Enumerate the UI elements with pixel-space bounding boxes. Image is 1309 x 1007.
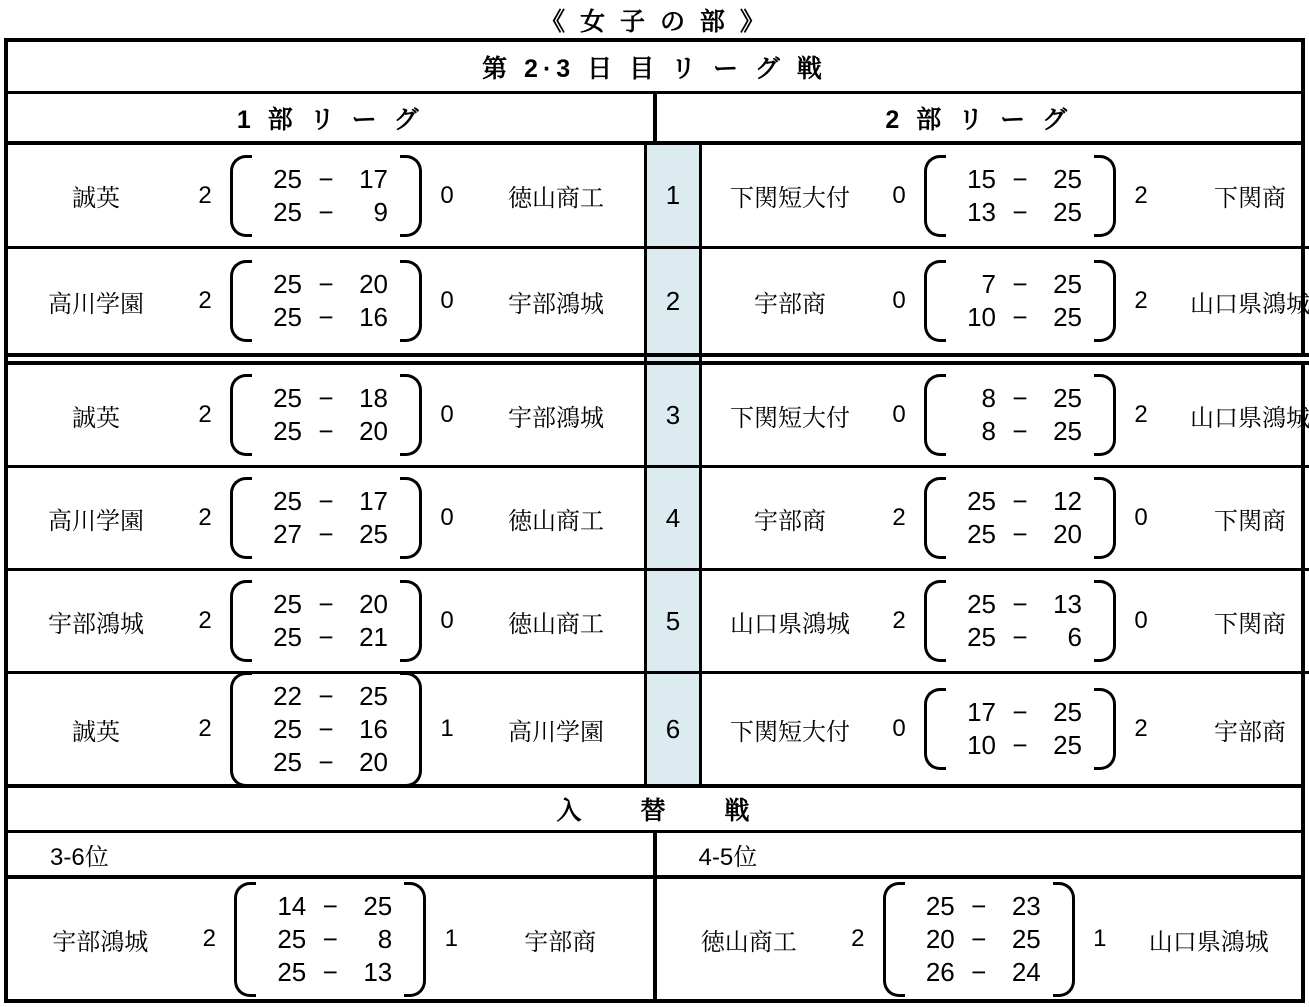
team2-name: 高川学園 xyxy=(468,712,644,747)
set-line: 25−20 xyxy=(264,588,388,621)
set-line: 13−25 xyxy=(958,196,1082,229)
match-number-1: 1 xyxy=(644,145,702,249)
set-score-left: 7 xyxy=(958,268,996,301)
set-score-left: 25 xyxy=(958,485,996,518)
left-bracket xyxy=(230,374,252,456)
set-score-dash: − xyxy=(306,923,354,956)
set-score-right: 8 xyxy=(354,923,392,956)
set-score-left: 25 xyxy=(268,956,306,989)
team1-set-total: 2 xyxy=(184,504,226,532)
team1-name: 宇部鴻城 xyxy=(8,604,184,639)
set-score-right: 16 xyxy=(350,713,388,746)
set-score-right: 25 xyxy=(1044,196,1082,229)
team1-name: 下関短大付 xyxy=(702,178,878,213)
set-line: 8−25 xyxy=(958,415,1082,448)
team1-set-total: 2 xyxy=(837,925,879,953)
set-score-dash: − xyxy=(302,268,350,301)
team1-name: 誠英 xyxy=(8,398,184,433)
playoff-match-row: 宇部鴻城214−2525−825−131宇部商 徳山商工225−2320−252… xyxy=(8,879,1301,999)
set-score-left: 13 xyxy=(958,196,996,229)
set-scores-bracket: 25−1225−20 xyxy=(924,477,1116,559)
page-title: 《 女 子 の 部 》 xyxy=(0,2,1309,38)
set-score-right: 25 xyxy=(350,518,388,551)
team2-set-total: 2 xyxy=(1120,401,1162,429)
right-bracket xyxy=(1094,477,1116,559)
league1-match-cell-6: 誠英222−2525−1625−201高川学園 xyxy=(8,674,644,784)
set-score-left: 15 xyxy=(958,163,996,196)
left-bracket xyxy=(230,260,252,342)
set-score-left: 25 xyxy=(264,301,302,334)
left-bracket xyxy=(924,374,946,456)
league1-header: 1 部 リ ー グ xyxy=(8,94,657,141)
right-bracket xyxy=(404,882,426,997)
set-line: 25−9 xyxy=(264,196,388,229)
set-scores-bracket: 25−2025−21 xyxy=(230,580,422,662)
left-bracket xyxy=(924,477,946,559)
set-scores: 14−2525−825−13 xyxy=(256,882,404,997)
right-bracket xyxy=(400,580,422,662)
team2-name: 下関商 xyxy=(1162,501,1309,536)
team1-name: 誠英 xyxy=(8,178,184,213)
set-score-right: 25 xyxy=(1044,415,1082,448)
set-line: 25−13 xyxy=(268,956,392,989)
set-score-right: 12 xyxy=(1044,485,1082,518)
day-divider-center xyxy=(644,353,702,365)
set-score-left: 25 xyxy=(264,588,302,621)
team2-name: 徳山商工 xyxy=(468,178,644,213)
team2-name: 宇部商 xyxy=(1162,712,1309,747)
left-bracket xyxy=(924,580,946,662)
set-scores-bracket: 25−1727−25 xyxy=(230,477,422,559)
league2-match-3: 下関短大付08−258−252山口県鴻城 xyxy=(702,374,1309,456)
match-number-3: 3 xyxy=(644,365,702,468)
league2-match-cell-3: 下関短大付08−258−252山口県鴻城 xyxy=(702,365,1309,468)
set-score-dash: − xyxy=(302,713,350,746)
set-scores-bracket: 17−2510−25 xyxy=(924,688,1116,770)
right-bracket xyxy=(1094,688,1116,770)
left-bracket xyxy=(234,882,256,997)
set-score-left: 25 xyxy=(264,746,302,779)
set-line: 7−25 xyxy=(958,268,1082,301)
set-score-right: 23 xyxy=(1003,890,1041,923)
set-score-left: 25 xyxy=(264,621,302,654)
playoff-left-label: 3-6位 xyxy=(8,833,657,875)
set-score-right: 25 xyxy=(1044,729,1082,762)
left-bracket xyxy=(883,882,905,997)
team2-set-total: 2 xyxy=(1120,287,1162,315)
team1-set-total: 2 xyxy=(184,287,226,315)
set-line: 10−25 xyxy=(958,729,1082,762)
set-line: 25−17 xyxy=(264,485,388,518)
set-score-left: 25 xyxy=(264,415,302,448)
team1-set-total: 0 xyxy=(878,287,920,315)
table-header: 第 2·3 日 目 リ ー グ 戦 xyxy=(8,42,1301,94)
set-line: 25−20 xyxy=(264,268,388,301)
team1-name: 下関短大付 xyxy=(702,398,878,433)
league1-match-6: 誠英222−2525−1625−201高川学園 xyxy=(8,672,644,787)
set-score-dash: − xyxy=(996,696,1044,729)
set-line: 25−20 xyxy=(264,746,388,779)
league2-match-2: 宇部商07−2510−252山口県鴻城 xyxy=(702,260,1309,342)
set-score-right: 20 xyxy=(350,415,388,448)
set-score-right: 13 xyxy=(1044,588,1082,621)
team2-set-total: 0 xyxy=(1120,607,1162,635)
set-score-dash: − xyxy=(302,621,350,654)
team2-set-total: 1 xyxy=(426,715,468,743)
set-scores-bracket: 22−2525−1625−20 xyxy=(230,672,422,787)
set-score-right: 21 xyxy=(350,621,388,654)
set-line: 25−12 xyxy=(958,485,1082,518)
team2-set-total: 0 xyxy=(1120,504,1162,532)
set-line: 25−6 xyxy=(958,621,1082,654)
set-score-right: 25 xyxy=(350,680,388,713)
results-table: 第 2·3 日 目 リ ー グ 戦 1 部 リ ー グ 2 部 リ ー グ 誠英… xyxy=(4,38,1305,1003)
set-line: 25−13 xyxy=(958,588,1082,621)
team2-name: 宇部商 xyxy=(472,922,648,957)
playoff-match-3-6: 宇部鴻城214−2525−825−131宇部商 xyxy=(8,882,653,997)
team1-set-total: 2 xyxy=(188,925,230,953)
set-scores: 25−2025−21 xyxy=(252,580,400,662)
set-score-left: 14 xyxy=(268,890,306,923)
set-score-left: 25 xyxy=(264,382,302,415)
set-score-left: 17 xyxy=(958,696,996,729)
league1-match-cell-2: 高川学園225−2025−160宇部鴻城 xyxy=(8,249,644,353)
set-scores: 25−1325−6 xyxy=(946,580,1094,662)
set-scores: 17−2510−25 xyxy=(946,688,1094,770)
team2-name: 徳山商工 xyxy=(468,501,644,536)
set-score-left: 26 xyxy=(917,956,955,989)
team2-set-total: 1 xyxy=(430,925,472,953)
league2-match-cell-5: 山口県鴻城225−1325−60下関商 xyxy=(702,571,1309,674)
set-score-right: 17 xyxy=(350,485,388,518)
team1-name: 誠英 xyxy=(8,712,184,747)
right-bracket xyxy=(1053,882,1075,997)
team2-name: 宇部鴻城 xyxy=(468,284,644,319)
set-score-dash: − xyxy=(996,196,1044,229)
set-score-dash: − xyxy=(996,729,1044,762)
team2-set-total: 1 xyxy=(1079,925,1121,953)
set-line: 27−25 xyxy=(264,518,388,551)
day-divider-left xyxy=(8,353,644,365)
set-line: 26−24 xyxy=(917,956,1041,989)
set-score-dash: − xyxy=(302,196,350,229)
set-score-right: 20 xyxy=(350,746,388,779)
set-score-dash: − xyxy=(306,956,354,989)
league1-match-3: 誠英225−1825−200宇部鴻城 xyxy=(8,374,644,456)
playoff-match-cell-3-6: 宇部鴻城214−2525−825−131宇部商 xyxy=(8,879,657,999)
set-line: 25−16 xyxy=(264,713,388,746)
team1-set-total: 2 xyxy=(184,607,226,635)
team1-set-total: 0 xyxy=(878,401,920,429)
set-score-right: 13 xyxy=(354,956,392,989)
set-score-right: 16 xyxy=(350,301,388,334)
set-score-dash: − xyxy=(955,923,1003,956)
team2-set-total: 2 xyxy=(1120,182,1162,210)
team1-set-total: 0 xyxy=(878,715,920,743)
team2-set-total: 0 xyxy=(426,401,468,429)
league1-match-5: 宇部鴻城225−2025−210徳山商工 xyxy=(8,580,644,662)
set-score-right: 6 xyxy=(1044,621,1082,654)
set-line: 25−17 xyxy=(264,163,388,196)
team2-name: 徳山商工 xyxy=(468,604,644,639)
right-bracket xyxy=(1094,260,1116,342)
set-line: 25−20 xyxy=(958,518,1082,551)
set-score-right: 25 xyxy=(1044,163,1082,196)
set-score-left: 25 xyxy=(268,923,306,956)
set-scores-bracket: 25−1725−9 xyxy=(230,155,422,237)
playoff-subheader-row: 3-6位 4-5位 xyxy=(8,833,1301,879)
set-score-right: 25 xyxy=(1003,923,1041,956)
league2-match-1: 下関短大付015−2513−252下関商 xyxy=(702,155,1309,237)
set-score-left: 22 xyxy=(264,680,302,713)
set-score-right: 20 xyxy=(350,268,388,301)
league2-header: 2 部 リ ー グ xyxy=(657,94,1302,141)
set-scores-bracket: 14−2525−825−13 xyxy=(234,882,426,997)
set-score-left: 25 xyxy=(958,621,996,654)
team1-set-total: 2 xyxy=(878,607,920,635)
set-line: 10−25 xyxy=(958,301,1082,334)
set-scores: 7−2510−25 xyxy=(946,260,1094,342)
set-score-left: 27 xyxy=(264,518,302,551)
league1-match-cell-4: 高川学園225−1727−250徳山商工 xyxy=(8,468,644,571)
set-score-left: 10 xyxy=(958,301,996,334)
set-score-left: 25 xyxy=(264,485,302,518)
left-bracket xyxy=(230,155,252,237)
match-number-2: 2 xyxy=(644,249,702,353)
team1-name: 高川学園 xyxy=(8,284,184,319)
set-score-dash: − xyxy=(996,518,1044,551)
match-number-6: 6 xyxy=(644,674,702,784)
set-score-right: 24 xyxy=(1003,956,1041,989)
set-score-left: 25 xyxy=(917,890,955,923)
left-bracket xyxy=(924,260,946,342)
team1-name: 山口県鴻城 xyxy=(702,604,878,639)
set-scores: 25−2320−2526−24 xyxy=(905,882,1053,997)
league-results-grid: 誠英225−1725−90徳山商工1下関短大付015−2513−252下関商高川… xyxy=(8,145,1301,788)
set-scores-bracket: 15−2513−25 xyxy=(924,155,1116,237)
league2-match-4: 宇部商225−1225−200下関商 xyxy=(702,477,1309,559)
team1-set-total: 2 xyxy=(184,401,226,429)
team1-name: 徳山商工 xyxy=(661,922,837,957)
set-score-left: 25 xyxy=(264,196,302,229)
match-number-5: 5 xyxy=(644,571,702,674)
set-scores: 25−1727−25 xyxy=(252,477,400,559)
team2-set-total: 0 xyxy=(426,504,468,532)
set-score-dash: − xyxy=(996,163,1044,196)
league2-match-6: 下関短大付017−2510−252宇部商 xyxy=(702,688,1309,770)
set-line: 25−23 xyxy=(917,890,1041,923)
set-score-left: 25 xyxy=(264,268,302,301)
left-bracket xyxy=(230,477,252,559)
set-score-right: 20 xyxy=(350,588,388,621)
set-score-right: 25 xyxy=(1044,268,1082,301)
team2-name: 下関商 xyxy=(1162,604,1309,639)
set-line: 25−21 xyxy=(264,621,388,654)
set-score-dash: − xyxy=(302,301,350,334)
set-score-dash: − xyxy=(302,163,350,196)
set-score-dash: − xyxy=(302,518,350,551)
set-scores: 15−2513−25 xyxy=(946,155,1094,237)
set-line: 20−25 xyxy=(917,923,1041,956)
team1-name: 宇部商 xyxy=(702,501,878,536)
set-score-dash: − xyxy=(996,382,1044,415)
set-scores-bracket: 25−1825−20 xyxy=(230,374,422,456)
right-bracket xyxy=(400,155,422,237)
league2-match-5: 山口県鴻城225−1325−60下関商 xyxy=(702,580,1309,662)
right-bracket xyxy=(400,260,422,342)
set-score-left: 20 xyxy=(917,923,955,956)
team1-name: 高川学園 xyxy=(8,501,184,536)
set-line: 25−16 xyxy=(264,301,388,334)
set-score-dash: − xyxy=(302,746,350,779)
set-scores: 25−1825−20 xyxy=(252,374,400,456)
set-line: 14−25 xyxy=(268,890,392,923)
set-score-dash: − xyxy=(302,485,350,518)
set-score-dash: − xyxy=(996,415,1044,448)
league1-match-4: 高川学園225−1727−250徳山商工 xyxy=(8,477,644,559)
right-bracket xyxy=(400,477,422,559)
league2-match-cell-6: 下関短大付017−2510−252宇部商 xyxy=(702,674,1309,784)
left-bracket xyxy=(230,672,252,787)
set-score-left: 8 xyxy=(958,415,996,448)
set-score-dash: − xyxy=(955,956,1003,989)
team1-name: 下関短大付 xyxy=(702,712,878,747)
right-bracket xyxy=(1094,374,1116,456)
right-bracket xyxy=(400,374,422,456)
league1-match-cell-1: 誠英225−1725−90徳山商工 xyxy=(8,145,644,249)
set-scores: 8−258−25 xyxy=(946,374,1094,456)
set-score-left: 25 xyxy=(958,518,996,551)
league1-match-cell-5: 宇部鴻城225−2025−210徳山商工 xyxy=(8,571,644,674)
set-score-dash: − xyxy=(302,680,350,713)
set-score-dash: − xyxy=(996,588,1044,621)
league2-match-cell-4: 宇部商225−1225−200下関商 xyxy=(702,468,1309,571)
set-score-left: 25 xyxy=(958,588,996,621)
set-line: 25−20 xyxy=(264,415,388,448)
playoff-match-4-5: 徳山商工225−2320−2526−241山口県鴻城 xyxy=(657,882,1302,997)
left-bracket xyxy=(230,580,252,662)
set-score-right: 25 xyxy=(354,890,392,923)
results-page: 《 女 子 の 部 》 第 2·3 日 目 リ ー グ 戦 1 部 リ ー グ … xyxy=(0,0,1309,1007)
league2-match-cell-1: 下関短大付015−2513−252下関商 xyxy=(702,145,1309,249)
set-line: 17−25 xyxy=(958,696,1082,729)
set-score-dash: − xyxy=(996,301,1044,334)
day-divider-right xyxy=(702,353,1309,365)
set-score-right: 9 xyxy=(350,196,388,229)
set-score-right: 18 xyxy=(350,382,388,415)
playoff-header: 入 替 戦 xyxy=(8,788,1301,833)
set-score-right: 17 xyxy=(350,163,388,196)
set-scores-bracket: 25−1325−6 xyxy=(924,580,1116,662)
left-bracket xyxy=(924,688,946,770)
team1-set-total: 2 xyxy=(184,182,226,210)
playoff-right-label: 4-5位 xyxy=(657,833,1302,875)
set-scores: 25−2025−16 xyxy=(252,260,400,342)
right-bracket xyxy=(1094,155,1116,237)
set-score-dash: − xyxy=(302,588,350,621)
set-score-dash: − xyxy=(306,890,354,923)
set-line: 25−8 xyxy=(268,923,392,956)
team1-set-total: 2 xyxy=(184,715,226,743)
team1-set-total: 2 xyxy=(878,504,920,532)
match-number-4: 4 xyxy=(644,468,702,571)
set-score-dash: − xyxy=(996,621,1044,654)
set-scores: 25−1225−20 xyxy=(946,477,1094,559)
set-score-left: 8 xyxy=(958,382,996,415)
team1-name: 宇部鴻城 xyxy=(12,922,188,957)
league2-match-cell-2: 宇部商07−2510−252山口県鴻城 xyxy=(702,249,1309,353)
set-scores: 22−2525−1625−20 xyxy=(252,672,400,787)
set-score-dash: − xyxy=(302,415,350,448)
set-score-right: 20 xyxy=(1044,518,1082,551)
team2-set-total: 0 xyxy=(426,607,468,635)
right-bracket xyxy=(400,672,422,787)
team2-set-total: 0 xyxy=(426,287,468,315)
set-score-right: 25 xyxy=(1044,301,1082,334)
set-scores-bracket: 25−2025−16 xyxy=(230,260,422,342)
team1-name: 宇部商 xyxy=(702,284,878,319)
playoff-match-cell-4-5: 徳山商工225−2320−2526−241山口県鴻城 xyxy=(657,879,1302,999)
team2-name: 下関商 xyxy=(1162,178,1309,213)
league1-match-1: 誠英225−1725−90徳山商工 xyxy=(8,155,644,237)
team2-set-total: 2 xyxy=(1120,715,1162,743)
set-score-dash: − xyxy=(996,268,1044,301)
set-score-left: 25 xyxy=(264,713,302,746)
set-line: 22−25 xyxy=(264,680,388,713)
set-scores-bracket: 7−2510−25 xyxy=(924,260,1116,342)
set-score-dash: − xyxy=(996,485,1044,518)
set-scores: 25−1725−9 xyxy=(252,155,400,237)
set-line: 8−25 xyxy=(958,382,1082,415)
set-scores-bracket: 8−258−25 xyxy=(924,374,1116,456)
left-bracket xyxy=(924,155,946,237)
team2-name: 山口県鴻城 xyxy=(1162,398,1309,433)
set-line: 15−25 xyxy=(958,163,1082,196)
set-score-right: 25 xyxy=(1044,696,1082,729)
set-score-right: 25 xyxy=(1044,382,1082,415)
set-score-left: 10 xyxy=(958,729,996,762)
set-score-dash: − xyxy=(955,890,1003,923)
league-subheader-row: 1 部 リ ー グ 2 部 リ ー グ xyxy=(8,94,1301,145)
right-bracket xyxy=(1094,580,1116,662)
set-scores-bracket: 25−2320−2526−24 xyxy=(883,882,1075,997)
team1-set-total: 0 xyxy=(878,182,920,210)
team2-name: 山口県鴻城 xyxy=(1121,922,1297,957)
league1-match-2: 高川学園225−2025−160宇部鴻城 xyxy=(8,260,644,342)
team2-name: 宇部鴻城 xyxy=(468,398,644,433)
team2-set-total: 0 xyxy=(426,182,468,210)
set-score-dash: − xyxy=(302,382,350,415)
set-score-left: 25 xyxy=(264,163,302,196)
league1-match-cell-3: 誠英225−1825−200宇部鴻城 xyxy=(8,365,644,468)
set-line: 25−18 xyxy=(264,382,388,415)
team2-name: 山口県鴻城 xyxy=(1162,284,1309,319)
